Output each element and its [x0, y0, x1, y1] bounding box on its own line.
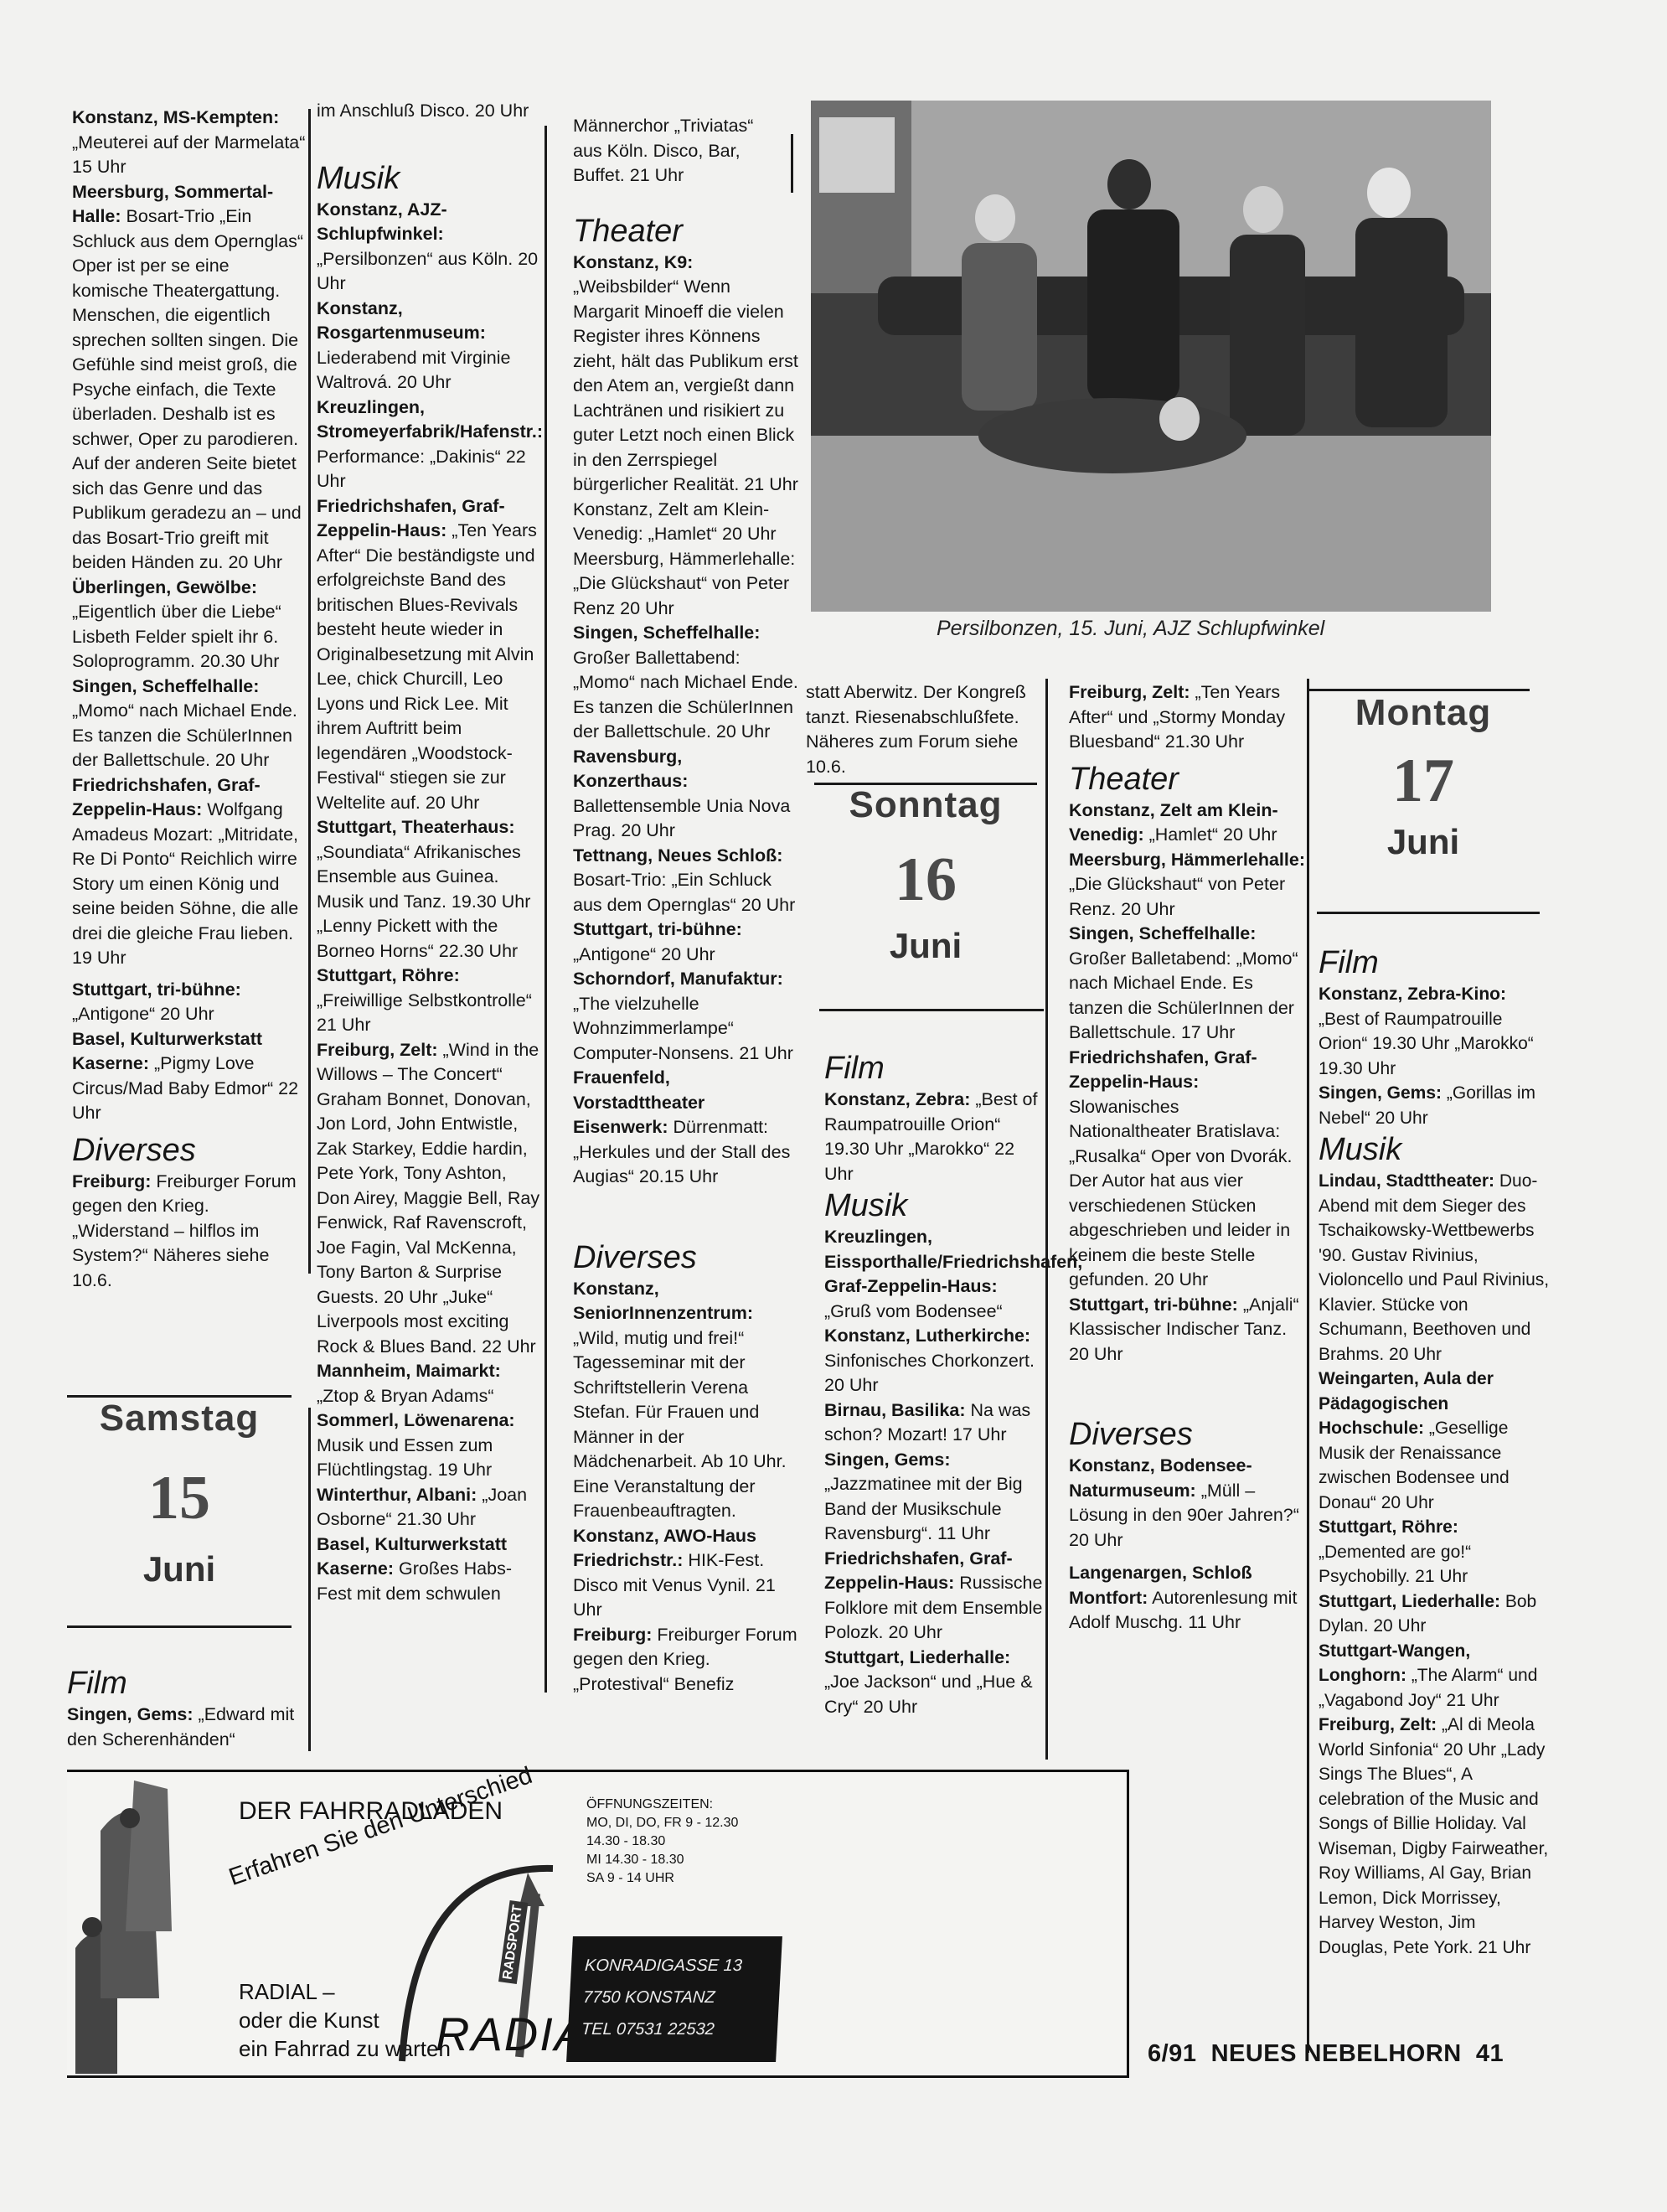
section-heading-film: Film [67, 1664, 310, 1703]
opening-hours-line: SA 9 - 14 UHR [586, 1869, 738, 1888]
issue-number: 6/91 [1148, 2040, 1196, 2067]
column-divider [1307, 679, 1309, 2053]
column-1-film: Film Singen, Gems: „Edward mit den Scher… [67, 1659, 310, 1752]
listing-entry: Schorndorf, Manufaktur: „The vielzuhelle… [573, 967, 799, 1066]
listing-entry: Konstanz, Zebra-Kino: „Best of Raumpatro… [1319, 982, 1550, 1081]
listing-entry: Stuttgart, Röhre: „Demented are go!“ Psy… [1319, 1515, 1550, 1589]
column-divider [544, 126, 547, 1693]
magazine-title: NEUES NEBELHORN [1211, 2040, 1462, 2067]
address-phone: TEL 07531 22532 [581, 2013, 765, 2045]
listing-entry: Friedrichshafen, Graf-Zeppelin-Haus: Wol… [72, 773, 307, 971]
section-heading-theater: Theater [1069, 760, 1305, 798]
address-street: KONRADIGASSE 13 [584, 1950, 768, 1982]
listing-entry: Kreuzlingen, Eissporthalle/Friedrichshaf… [824, 1225, 1044, 1324]
weekday: Montag [1308, 692, 1538, 734]
listing-entry: Basel, Kulturwerkstatt Kaserne: „Pigmy L… [72, 1027, 307, 1126]
listing-entry: Meersburg, Sommertal-Halle: Bosart-Trio … [72, 180, 307, 576]
listing-entry: Konstanz, K9: „Weibsbilder“ Wenn Margari… [573, 251, 799, 498]
listing-entry: im Anschluß Disco. 20 Uhr [317, 99, 543, 124]
section-heading-musik: Musik [317, 159, 543, 198]
listing-entry: Konstanz, Rosgartenmuseum: Liederabend m… [317, 297, 543, 395]
day-header-samstag: Samstag 15 Juni [67, 1398, 292, 1589]
cyclists-illustration-icon [67, 1780, 176, 2074]
listing-entry: Friedrichshafen, Graf-Zeppelin-Haus: „Te… [317, 494, 543, 816]
column-1: Konstanz, MS-Kempten: „Meuterei auf der … [72, 106, 307, 1293]
photo-illustration-icon [811, 101, 1491, 612]
listing-entry: Freiburg: Freiburger Forum gegen den Kri… [72, 1170, 307, 1294]
opening-hours-title: ÖFFNUNGSZEITEN: [586, 1796, 738, 1814]
listing-entry: Männerchor „Triviatas“ aus Köln. Disco, … [573, 114, 799, 189]
listing-entry: Konstanz, Bodensee-Naturmuseum: „Müll – … [1069, 1454, 1305, 1553]
column-5: Freiburg, Zelt: „Ten Years After“ und „S… [1069, 680, 1305, 1636]
listing-entry: Basel, Kulturwerkstatt Kaserne: Großes H… [317, 1532, 543, 1607]
radial-bike-shop-ad: DER FAHRRADLADEN Erfahren Sie den Unters… [67, 1770, 1129, 2078]
section-heading-musik: Musik [824, 1186, 1044, 1225]
listing-entry: Singen, Scheffelhalle: „Momo“ nach Micha… [72, 674, 307, 773]
listing-entry: Frauenfeld, Vorstadttheater Eisenwerk: D… [573, 1066, 799, 1190]
listing-entry: Meersburg, Hämmerlehalle: „Die Glückshau… [573, 547, 799, 622]
column-divider [308, 109, 311, 1274]
listing-entry: Konstanz, Lutherkirche: Sinfonisches Cho… [824, 1324, 1044, 1398]
column-divider [1045, 679, 1048, 1760]
column-4: statt Aberwitz. Der Kongreß tanzt. Riese… [806, 680, 1040, 779]
section-heading-theater: Theater [573, 212, 799, 251]
page-footer: 6/91 NEUES NEBELHORN 41 [1148, 2040, 1504, 2068]
month: Juni [814, 926, 1037, 966]
day-divider-bottom [67, 1625, 292, 1628]
day-divider-top [1308, 689, 1530, 691]
opening-hours-line: 14.30 - 18.30 [586, 1832, 738, 1851]
listing-entry: Konstanz, AWO-Haus Friedrichstr.: HIK-Fe… [573, 1524, 799, 1623]
listing-entry: Friedrichshafen, Graf-Zeppelin-Haus: Rus… [824, 1547, 1044, 1646]
listing-entry: Konstanz, Zelt am Klein-Venedig: „Hamlet… [1069, 798, 1305, 848]
day-divider-bottom [1317, 912, 1540, 914]
listing-entry: Friedrichshafen, Graf-Zeppelin-Haus: Slo… [1069, 1046, 1305, 1293]
listing-entry: Konstanz, Zelt am Klein-Venedig: „Hamlet… [573, 498, 791, 547]
listing-entry: Konstanz, AJZ-Schlupfwinkel: „Persilbonz… [317, 198, 543, 297]
opening-hours: ÖFFNUNGSZEITEN: MO, DI, DO, FR 9 - 12.30… [586, 1796, 738, 1888]
listing-entry: Singen, Scheffelhalle: Großer Ballettabe… [573, 621, 799, 745]
listing-entry: Stuttgart, Theaterhaus: „Soundiata“ Afri… [317, 815, 543, 964]
section-heading-film: Film [824, 1049, 1044, 1088]
listing-entry: Winterthur, Albani: „Joan Osborne“ 21.30… [317, 1483, 543, 1532]
day-divider-bottom [819, 1009, 1044, 1011]
weekday: Sonntag [814, 784, 1037, 826]
listing-entry: Lindau, Stadttheater: Duo-Abend mit dem … [1319, 1169, 1550, 1367]
column-2: im Anschluß Disco. 20 Uhr Musik Konstanz… [317, 99, 543, 1606]
listing-entry: Ravensburg, Konzerthaus: Ballettensemble… [573, 745, 799, 844]
listing-entry: Konstanz, SeniorInnenzentrum: „Wild, mut… [573, 1277, 799, 1524]
listing-entry: Überlingen, Gewölbe: „Eigentlich über di… [72, 576, 307, 674]
day-header-sonntag: Sonntag 16 Juni [814, 784, 1037, 966]
day-number: 16 [814, 845, 1037, 916]
column-3: Männerchor „Triviatas“ aus Köln. Disco, … [573, 114, 799, 1697]
listing-entry: Stuttgart, Liederhalle: „Joe Jackson“ un… [824, 1646, 1044, 1720]
listing-entry: Weingarten, Aula der Pädagogischen Hochs… [1319, 1367, 1550, 1515]
listing-entry: Singen, Scheffelhalle: Großer Balletaben… [1069, 922, 1305, 1046]
listing-entry: Konstanz, Zebra: „Best of Raumpatrouille… [824, 1088, 1044, 1186]
listing-entry: Stuttgart-Wangen, Longhorn: „The Alarm“ … [1319, 1639, 1550, 1713]
listing-entry: Konstanz, MS-Kempten: „Meuterei auf der … [72, 106, 307, 180]
listing-entry: statt Aberwitz. Der Kongreß tanzt. Riese… [806, 680, 1040, 779]
listing-entry: Meersburg, Hämmerlehalle: „Die Glückshau… [1069, 848, 1305, 923]
listing-entry: Mannheim, Maimarkt: „Ztop & Bryan Adams“ [317, 1359, 543, 1408]
listing-entry: Freiburg, Zelt: „Wind in the Willows – T… [317, 1038, 543, 1360]
listing-entry: Stuttgart, Liederhalle: Bob Dylan. 20 Uh… [1319, 1589, 1550, 1639]
day-number: 17 [1308, 746, 1538, 817]
opening-hours-line: MO, DI, DO, FR 9 - 12.30 [586, 1814, 738, 1832]
band-photo [811, 101, 1491, 612]
listing-entry: Tettnang, Neues Schloß: Bosart-Trio: „Ei… [573, 844, 799, 918]
listing-entry: Freiburg, Zelt: „Al di Meola World Sinfo… [1319, 1713, 1550, 1960]
section-heading-film: Film [1319, 943, 1550, 982]
column-4-body: Film Konstanz, Zebra: „Best of Raumpatro… [824, 1049, 1044, 1719]
day-number: 15 [67, 1463, 292, 1534]
listing-entry: Singen, Gems: „Edward mit den Scherenhän… [67, 1703, 310, 1752]
photo-caption: Persilbonzen, 15. Juni, AJZ Schlupfwinke… [937, 617, 1324, 641]
opening-hours-line: MI 14.30 - 18.30 [586, 1851, 738, 1869]
listing-entry: Stuttgart, tri-bühne: „Antigone“ 20 Uhr [72, 978, 307, 1027]
address-city: 7750 KONSTANZ [582, 1982, 766, 2013]
listing-entry: Singen, Gems: „Jazzmatinee mit der Big B… [824, 1448, 1044, 1547]
page-number: 41 [1476, 2040, 1504, 2067]
listing-entry: Sommerl, Löwenarena: Musik und Essen zum… [317, 1408, 543, 1483]
listing-entry: Kreuzlingen, Stromeyerfabrik/Hafenstr.: … [317, 395, 543, 494]
listing-entry: Stuttgart, Röhre: „Freiwillige Selbstkon… [317, 964, 543, 1038]
listing-entry: Birnau, Basilika: Na was schon? Mozart! … [824, 1398, 1044, 1448]
section-heading-diverses: Diverses [1069, 1415, 1305, 1454]
section-heading-musik: Musik [1319, 1130, 1550, 1169]
month: Juni [1308, 822, 1538, 862]
listing-entry: Freiburg: Freiburger Forum gegen den Kri… [573, 1623, 799, 1698]
column-6-body: Film Konstanz, Zebra-Kino: „Best of Raum… [1319, 943, 1550, 1960]
weekday: Samstag [67, 1398, 292, 1439]
section-heading-diverses: Diverses [573, 1238, 799, 1277]
address-box: KONRADIGASSE 13 7750 KONSTANZ TEL 07531 … [566, 1936, 782, 2062]
day-header-montag: Montag 17 Juni [1308, 692, 1538, 862]
listing-entry: Singen, Gems: „Gorillas im Nebel“ 20 Uhr [1319, 1081, 1550, 1130]
listing-entry: Freiburg, Zelt: „Ten Years After“ und „S… [1069, 680, 1305, 755]
listing-entry: Langenargen, Schloß Montfort: Autorenles… [1069, 1561, 1305, 1636]
listing-entry: Stuttgart, tri-bühne: „Anjali“ Klassisch… [1069, 1293, 1305, 1367]
section-heading-diverses: Diverses [72, 1131, 307, 1170]
month: Juni [67, 1549, 292, 1589]
listing-entry: Stuttgart, tri-bühne: „Antigone“ 20 Uhr [573, 917, 799, 967]
